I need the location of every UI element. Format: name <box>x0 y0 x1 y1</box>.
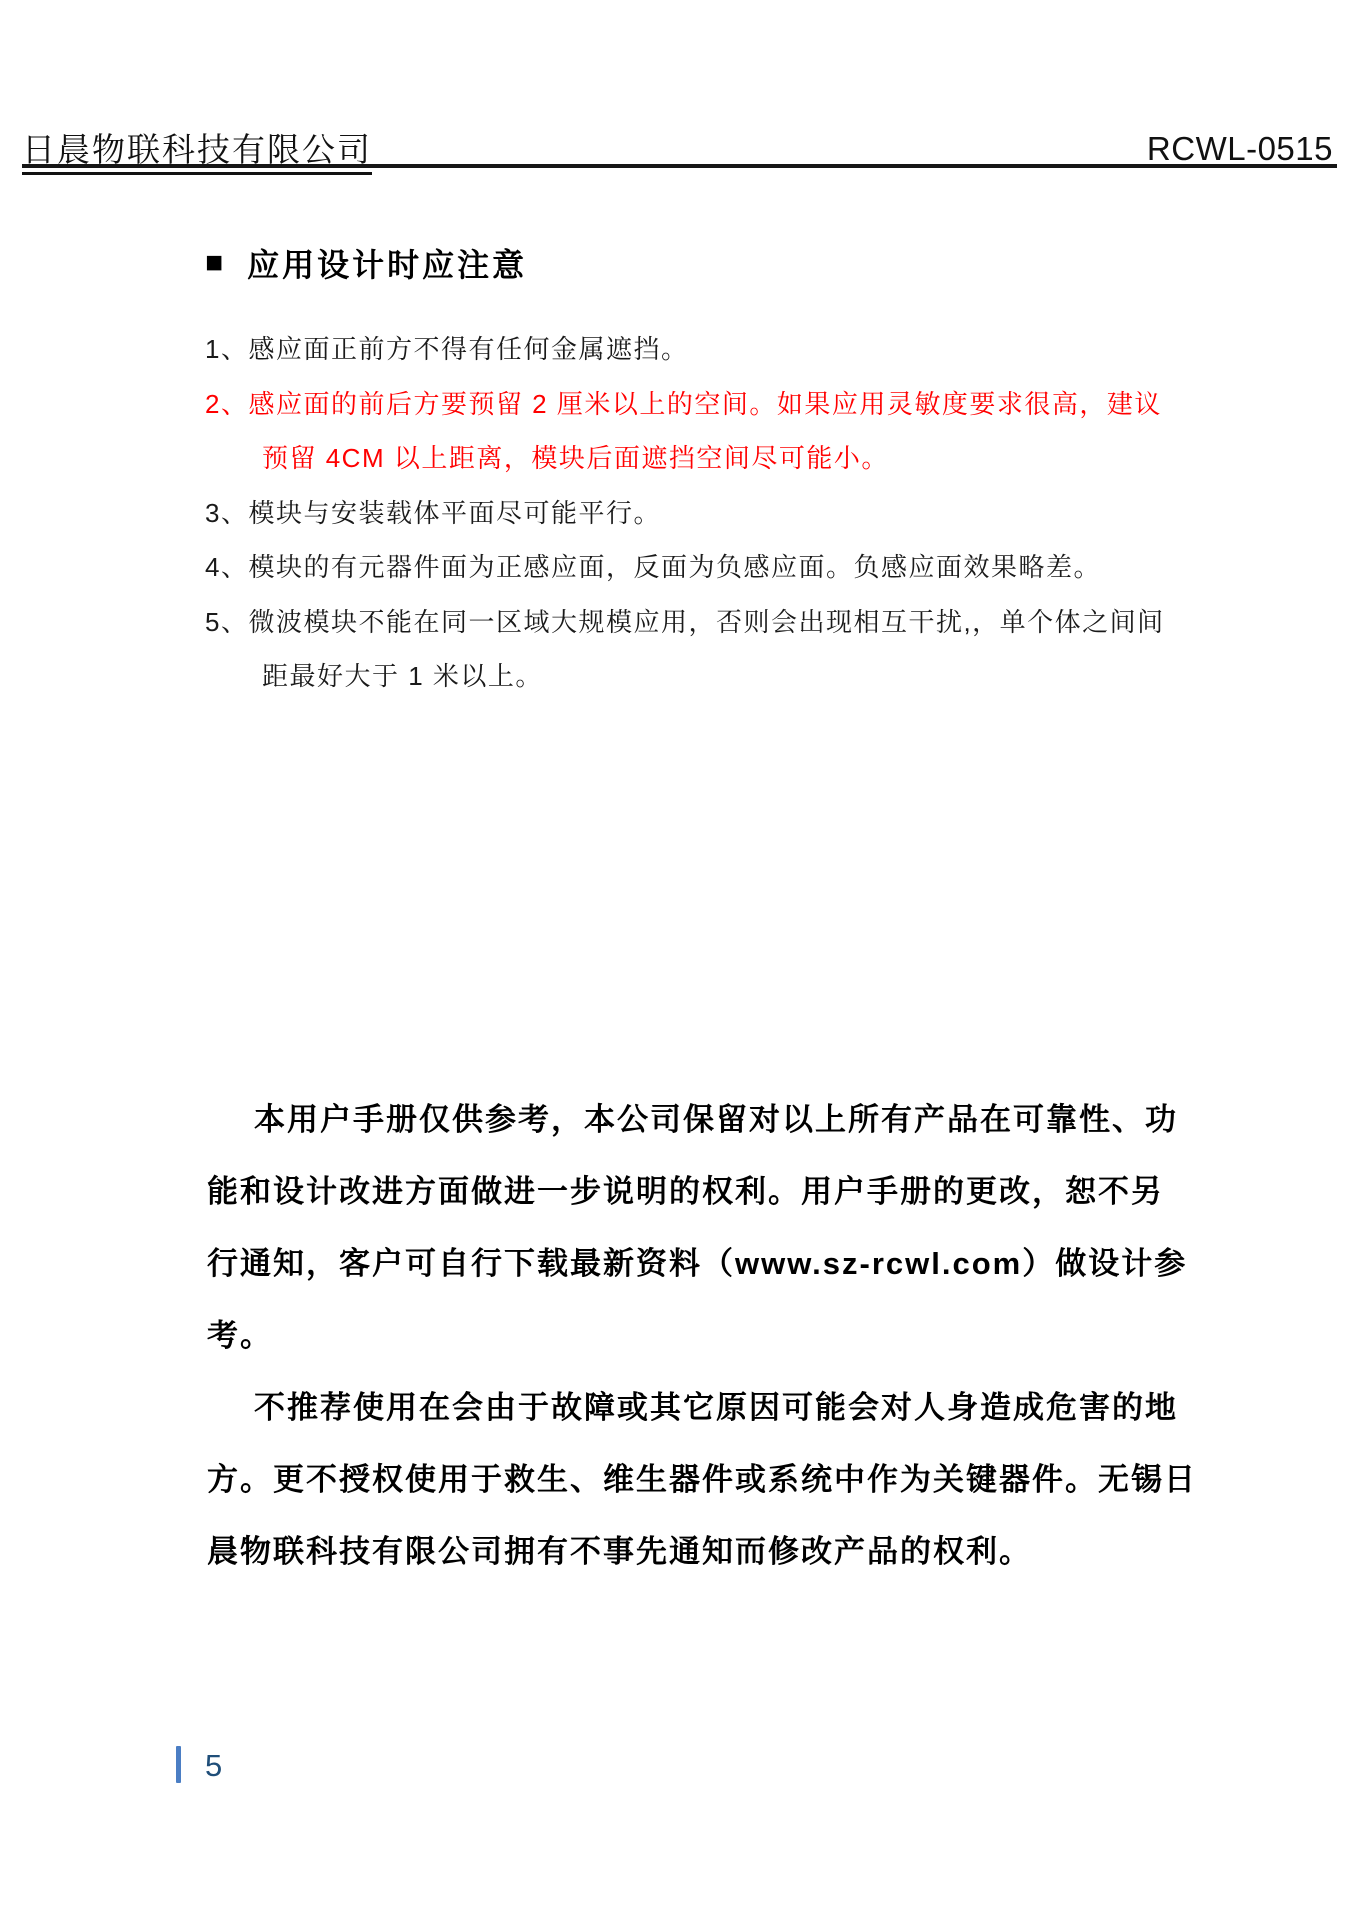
note-item-2-line-2: 预留 4CM 以上距离，模块后面遮挡空间尽可能小。 <box>205 431 1255 486</box>
note-item-2-line-1: 2、感应面的前后方要预留 2 厘米以上的空间。如果应用灵敏度要求很高，建议 <box>205 377 1255 432</box>
disclaimer-para1-line-1: 本用户手册仅供参考，本公司保留对以上所有产品在可靠性、功 <box>207 1084 1207 1156</box>
disclaimer-para2-line-3: 晨物联科技有限公司拥有不事先通知而修改产品的权利。 <box>207 1516 1207 1588</box>
note-item-5-line-1: 5、微波模块不能在同一区域大规模应用，否则会出现相互干扰,，单个体之间间 <box>205 595 1255 650</box>
disclaimer-para2-line-2: 方。更不授权使用于救生、维生器件或系统中作为关键器件。无锡日 <box>207 1444 1207 1516</box>
disclaimer-para1-line-4: 考。 <box>207 1300 1207 1372</box>
section-heading: ■ 应用设计时应注意 <box>205 240 527 286</box>
header-rule <box>22 164 1337 168</box>
disclaimer-para1-line-3: 行通知，客户可自行下载最新资料（www.sz-rcwl.com）做设计参 <box>207 1228 1207 1300</box>
footer-accent-bar <box>176 1746 181 1783</box>
square-bullet-icon: ■ <box>205 248 223 278</box>
page-number: 5 <box>205 1748 222 1784</box>
note-item-1: 1、感应面正前方不得有任何金属遮挡。 <box>205 322 1255 377</box>
disclaimer-block: 本用户手册仅供参考，本公司保留对以上所有产品在可靠性、功 能和设计改进方面做进一… <box>207 1084 1207 1588</box>
disclaimer-para1-line-2: 能和设计改进方面做进一步说明的权利。用户手册的更改，恕不另 <box>207 1156 1207 1228</box>
doc-code: RCWL-0515 <box>1147 130 1333 168</box>
section-title: 应用设计时应注意 <box>247 240 527 286</box>
disclaimer-para2-line-1: 不推荐使用在会由于故障或其它原因可能会对人身造成危害的地 <box>207 1372 1207 1444</box>
note-item-3: 3、模块与安装载体平面尽可能平行。 <box>205 486 1255 541</box>
note-item-4: 4、模块的有元器件面为正感应面，反面为负感应面。负感应面效果略差。 <box>205 540 1255 595</box>
note-item-5-line-2: 距最好大于 1 米以上。 <box>205 649 1255 704</box>
notes-list: 1、感应面正前方不得有任何金属遮挡。 2、感应面的前后方要预留 2 厘米以上的空… <box>205 322 1255 704</box>
